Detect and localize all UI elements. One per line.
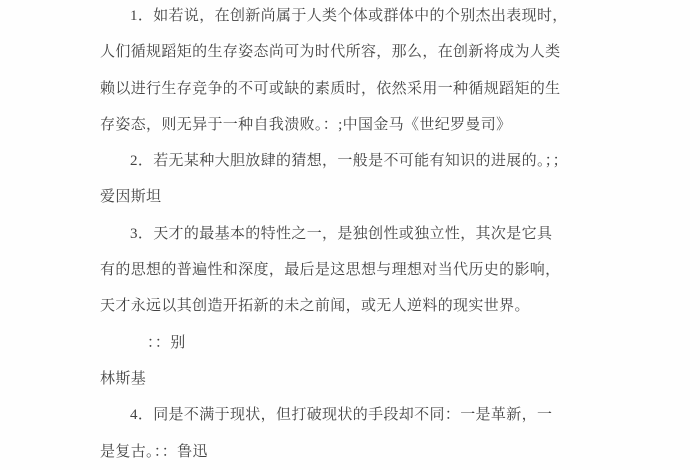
text-line: 1．如若说，在创新尚属于人类个体或群体中的个别杰出表现时，: [100, 0, 580, 34]
text-line: 2．若无某种大胆放肆的猜想，一般是不可能有知识的进展的。；；: [100, 143, 580, 179]
text-line: 赖以进行生存竞争的不可或缺的素质时，依然采用一种循规蹈矩的生: [100, 71, 580, 107]
document-text-block: 1．如若说，在创新尚属于人类个体或群体中的个别杰出表现时，人们循规蹈矩的生存姿态…: [100, 0, 580, 470]
document-page: 1．如若说，在创新尚属于人类个体或群体中的个别杰出表现时，人们循规蹈矩的生存姿态…: [0, 0, 700, 470]
text-line: 4．同是不满于现状，但打破现状的手段却不同：一是革新，一: [100, 397, 580, 433]
text-line: 有的思想的普遍性和深度，最后是这思想与理想对当代历史的影响，: [100, 252, 580, 288]
text-line: 是复古。：：鲁迅: [100, 434, 580, 470]
text-line: 林斯基: [100, 361, 580, 397]
text-line: 天才永远以其创造开拓新的未之前闻，或无人逆料的现实世界。: [100, 288, 580, 324]
text-line: 人们循规蹈矩的生存姿态尚可为时代所容，那么，在创新将成为人类: [100, 34, 580, 70]
text-line: ：：别: [100, 325, 580, 361]
text-line: 3．天才的最基本的特性之一，是独创性或独立性，其次是它具: [100, 216, 580, 252]
text-line: 存姿态，则无异于一种自我溃败。：;中国金马《世纪罗曼司》: [100, 107, 580, 143]
text-line: 爱因斯坦: [100, 179, 580, 215]
